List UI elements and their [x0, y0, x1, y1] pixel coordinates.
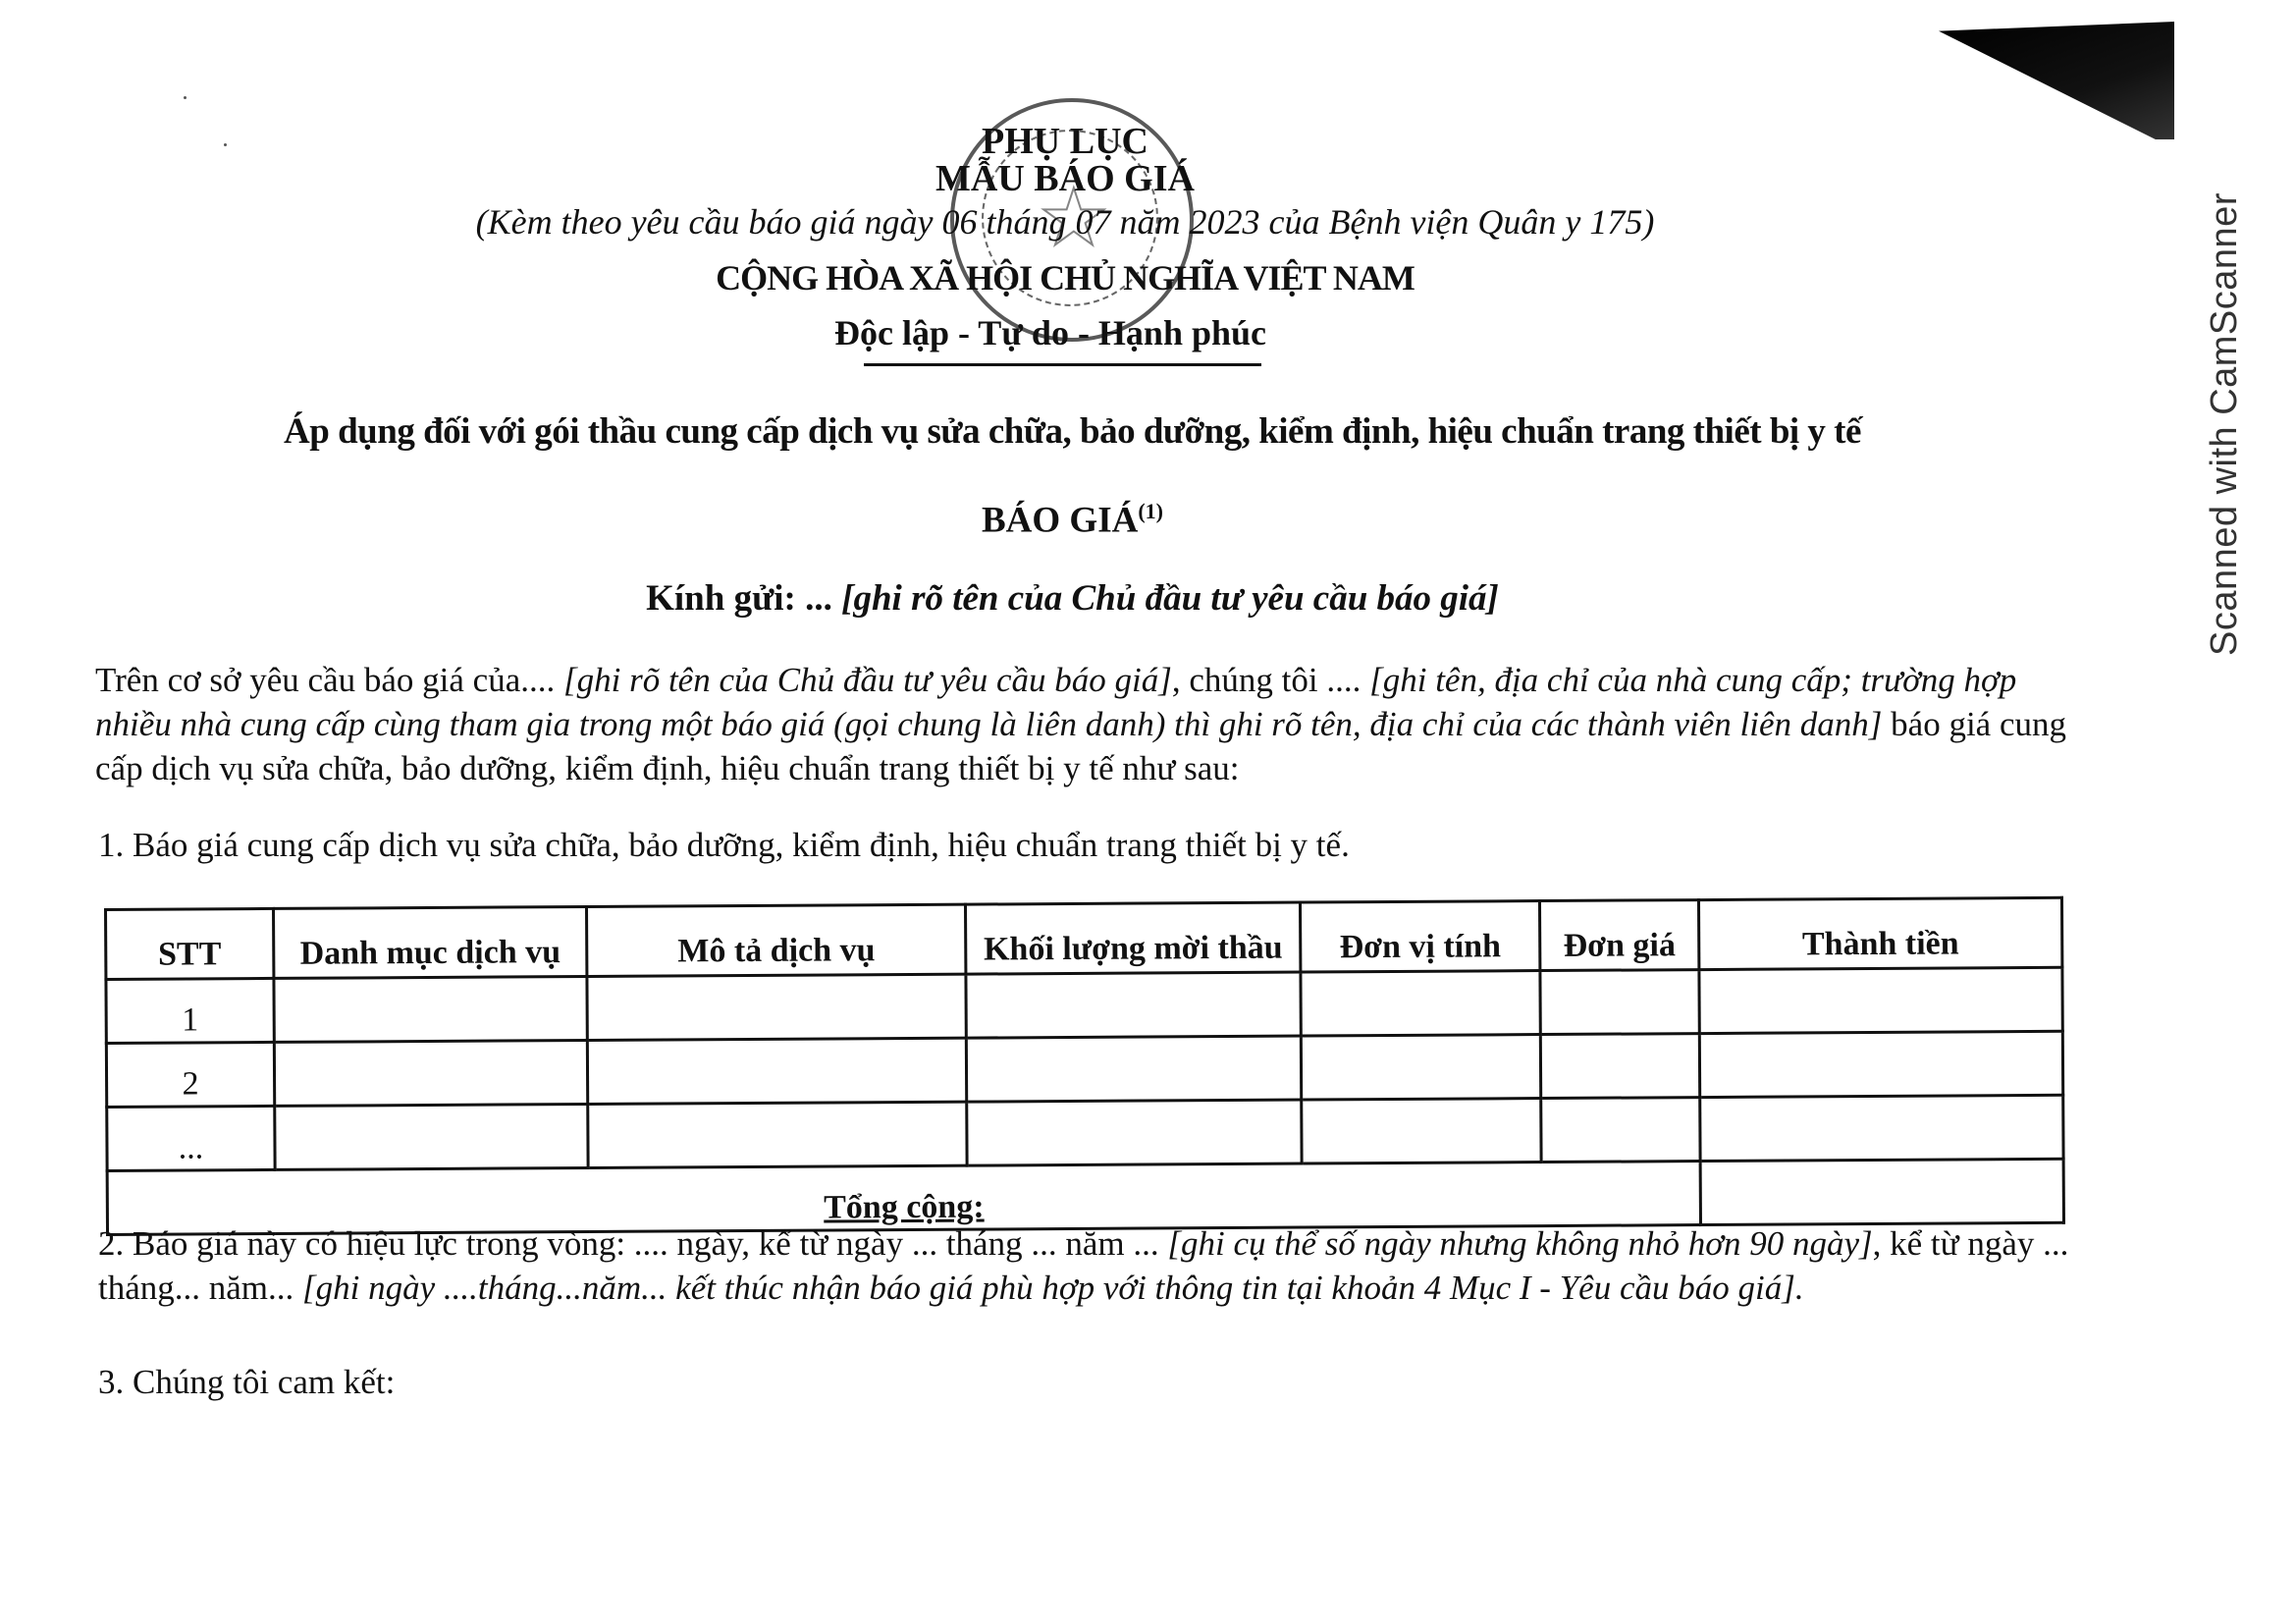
cell-stt: ... [107, 1106, 275, 1170]
quote-table: STT Danh mục dịch vụ Mô tả dịch vụ Khối … [104, 896, 2065, 1236]
cell [1540, 1034, 1699, 1099]
cell [1540, 970, 1699, 1035]
form-title: MẪU BÁO GIÁ [0, 157, 2130, 200]
cell-stt: 2 [106, 1042, 274, 1107]
quote-title: BÁO GIÁ(1) [0, 499, 2145, 541]
cell [1699, 967, 2062, 1033]
intro-text: , chúng tôi .... [1172, 661, 1369, 699]
total-label: Tổng cộng: [824, 1189, 985, 1226]
addressee-label: Kính gửi: ... [646, 578, 832, 619]
cell [1699, 1031, 2062, 1097]
cell [966, 972, 1302, 1038]
table-row: ... [107, 1095, 2063, 1170]
cell [587, 974, 966, 1040]
quote-title-text: BÁO GIÁ [982, 500, 1138, 540]
intro-paragraph: Trên cơ sở yêu cầu báo giá của.... [ghi … [95, 658, 2078, 790]
table-row: 1 [106, 967, 2062, 1043]
camscanner-watermark: Scanned with CamScanner [2204, 192, 2246, 656]
motto-underline [864, 363, 1261, 366]
cell [966, 1036, 1302, 1102]
cell [274, 976, 588, 1042]
table-header-row: STT Danh mục dịch vụ Mô tả dịch vụ Khối … [106, 897, 2062, 979]
cell [967, 1100, 1303, 1165]
national-motto: Độc lập - Tự do - Hạnh phúc [0, 312, 2101, 353]
scope-statement: Áp dụng đối với gói thầu cung cấp dịch v… [0, 410, 2145, 453]
col-header-quantity: Khối lượng mời thầu [965, 902, 1301, 974]
addressee: Kính gửi: ... [ghi rõ tên của Chủ đầu tư… [0, 577, 2145, 620]
intro-text: Trên cơ sở yêu cầu báo giá của.... [95, 661, 563, 699]
section-1-heading: 1. Báo giá cung cấp dịch vụ sửa chữa, bả… [98, 823, 1350, 867]
validity-placeholder-date: [ghi ngày ....tháng...năm... kết thúc nh… [302, 1269, 1804, 1307]
col-header-service-list: Danh mục dịch vụ [273, 906, 587, 978]
cell [588, 1102, 967, 1167]
footnote-marker: (1) [1138, 499, 1163, 523]
total-value-cell [1700, 1159, 2063, 1224]
cell [1700, 1095, 2063, 1161]
table-row: 2 [106, 1031, 2062, 1107]
cell [1302, 1099, 1541, 1163]
validity-placeholder-days: [ghi cụ thể số ngày nhưng không nhỏ hơn … [1167, 1224, 1872, 1263]
cell [588, 1038, 967, 1104]
section-3-commitment: 3. Chúng tôi cam kết: [98, 1360, 395, 1404]
country-name: CỘNG HÒA XÃ HỘI CHỦ NGHĨA VIỆT NAM [0, 257, 2130, 298]
cell [275, 1104, 589, 1169]
cell [274, 1040, 588, 1106]
cell-stt: 1 [106, 978, 274, 1043]
section-2-validity: 2. Báo giá này có hiệu lực trong vòng: .… [98, 1221, 2081, 1310]
cell [1302, 1035, 1541, 1100]
col-header-amount: Thành tiền [1699, 897, 2062, 969]
cell [1301, 971, 1540, 1036]
col-header-service-description: Mô tả dịch vụ [587, 904, 966, 976]
cell [1541, 1098, 1700, 1163]
intro-placeholder-investor: [ghi rõ tên của Chủ đầu tư yêu cầu báo g… [563, 661, 1172, 699]
validity-text: 2. Báo giá này có hiệu lực trong vòng: .… [98, 1224, 1167, 1263]
col-header-stt: STT [106, 908, 274, 979]
attachment-note: (Kèm theo yêu cầu báo giá ngày 06 tháng … [0, 201, 2130, 243]
scan-speck [184, 96, 187, 99]
col-header-unit-price: Đơn giá [1539, 900, 1699, 971]
addressee-placeholder: [ghi rõ tên của Chủ đầu tư yêu cầu báo g… [841, 578, 1499, 619]
col-header-unit: Đơn vị tính [1301, 901, 1540, 972]
